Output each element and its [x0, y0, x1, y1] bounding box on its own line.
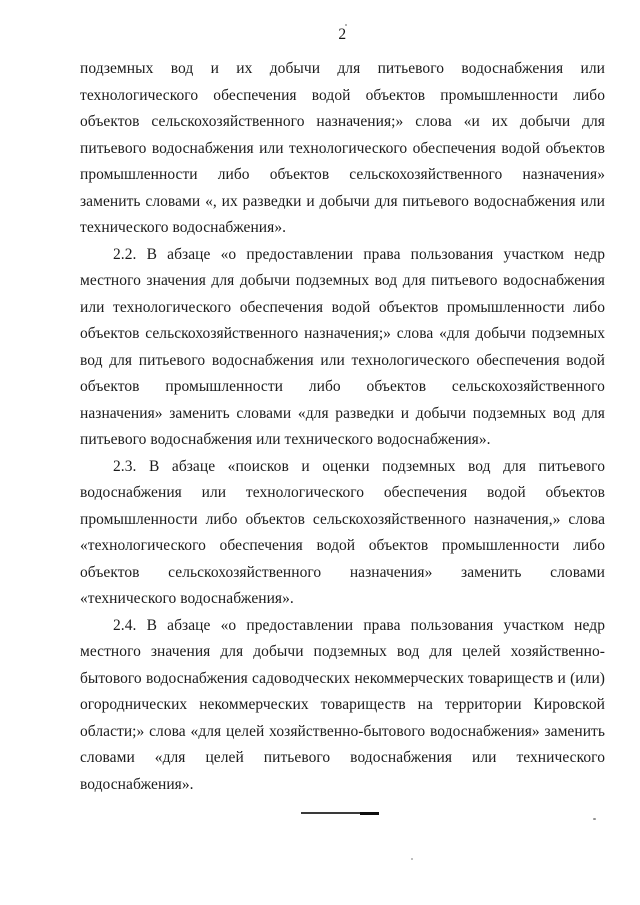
text-line: питьевого водоснабжения или технического…	[80, 427, 605, 454]
text-line: объектов сельскохозяйственного назначени…	[80, 321, 605, 348]
text-line: местного значения для добычи подземных в…	[80, 639, 605, 666]
text-line: области;» слова «для целей хозяйственно-…	[80, 719, 605, 746]
text-line: питьевого водоснабжения или технологичес…	[80, 136, 605, 163]
text-line: или технологического обеспечения водой о…	[80, 295, 605, 322]
text-line: промышленности либо объектов сельскохозя…	[80, 162, 605, 189]
scanned-document-page: 2 подземных вод и их добычи для питьевог…	[0, 0, 640, 905]
scan-speck	[345, 24, 347, 26]
text-line: «технологического обеспечения водой объе…	[80, 533, 605, 560]
text-line: подземных вод и их добычи для питьевого …	[80, 56, 605, 83]
text-line: заменить словами «, их разведки и добычи…	[80, 189, 605, 216]
paragraph: 2.2. В абзаце «о предоставлении права по…	[80, 242, 605, 454]
text-line: местного значения для добычи подземных в…	[80, 268, 605, 295]
text-line: объектов сельскохозяйственного назначени…	[80, 109, 605, 136]
text-line: промышленности либо объектов сельскохозя…	[80, 507, 605, 534]
end-of-document-rule	[301, 811, 379, 815]
text-line: водоснабжения».	[80, 772, 605, 799]
text-line: объектов сельскохозяйственного назначени…	[80, 560, 605, 587]
text-line: 2.3. В абзаце «поисков и оценки подземны…	[80, 454, 605, 481]
text-line: словами «для целей питьевого водоснабжен…	[80, 745, 605, 772]
text-line: огороднических некоммерческих товарищест…	[80, 692, 605, 719]
text-line: «технического водоснабжения».	[80, 586, 605, 613]
text-line: водоснабжения или технологического обесп…	[80, 480, 605, 507]
text-line: технического водоснабжения».	[80, 215, 605, 242]
text-line: бытового водоснабжения садоводческих нек…	[80, 666, 605, 693]
text-line: 2.4. В абзаце «о предоставлении права по…	[80, 613, 605, 640]
page-number: 2	[80, 26, 605, 44]
document-body: подземных вод и их добычи для питьевого …	[80, 56, 605, 798]
text-line: объектов промышленности либо объектов се…	[80, 374, 605, 401]
text-line: технологического обеспечения водой объек…	[80, 83, 605, 110]
text-line: вод для питьевого водоснабжения или техн…	[80, 348, 605, 375]
paragraph: 2.3. В абзаце «поисков и оценки подземны…	[80, 454, 605, 613]
scan-speck	[411, 858, 413, 860]
scan-speck	[593, 818, 596, 820]
text-line: назначения» заменить словами «для развед…	[80, 401, 605, 428]
paragraph: подземных вод и их добычи для питьевого …	[80, 56, 605, 242]
text-line: 2.2. В абзаце «о предоставлении права по…	[80, 242, 605, 269]
paragraph: 2.4. В абзаце «о предоставлении права по…	[80, 613, 605, 799]
